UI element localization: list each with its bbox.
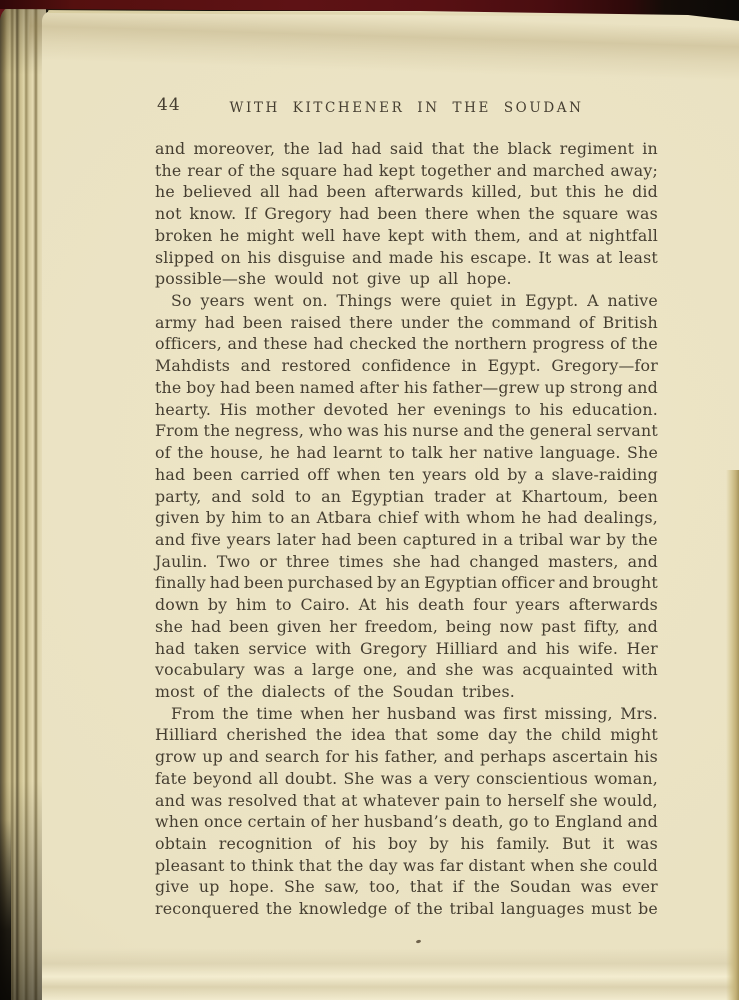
text-line: finallyhadbeenpurchasedbyanEgyptianoffic… bbox=[155, 573, 658, 595]
text-line: hadtakenservicewithGregoryHilliardandhis… bbox=[155, 639, 658, 661]
shadow-left-edge bbox=[0, 820, 11, 1000]
running-title: WITH KITCHENER IN THE SOUDAN bbox=[155, 96, 658, 116]
text-line: theboyhadbeennamedafterhisfather—grewups… bbox=[155, 378, 658, 400]
page-right-edge bbox=[726, 470, 739, 1000]
text-line: brokenhemightwellhavekeptwiththem,andatn… bbox=[155, 226, 658, 248]
text-line: Hilliardcherishedtheideathatsomedaythech… bbox=[155, 725, 658, 747]
text-line: Fromthetimewhenherhusbandwasfirstmissing… bbox=[155, 704, 658, 726]
text-line: whenoncecertainofherhusband’sdeath,gotoE… bbox=[155, 812, 658, 834]
text-line: hearty.Hismotherdevotedhereveningstohise… bbox=[155, 400, 658, 422]
text-line: giveuphope.Shesaw,too,thatiftheSoudanwas… bbox=[155, 877, 658, 899]
text-line: pleasanttothinkthatthedaywasfardistantwh… bbox=[155, 856, 658, 878]
text-line: possible—she would not give up all hope. bbox=[155, 269, 658, 291]
scanned-book-photo: 44 WITH KITCHENER IN THE SOUDAN andmoreo… bbox=[0, 0, 739, 1000]
text-line: armyhadbeenraisedthereunderthecommandofB… bbox=[155, 313, 658, 335]
text-line: Fromthenegress,whowashisnurseandthegener… bbox=[155, 421, 658, 443]
text-line: hadbeencarriedoffwhentenyearsoldbyaslave… bbox=[155, 465, 658, 487]
text-line: vocabularywasalargeone,andshewasacquaint… bbox=[155, 660, 658, 682]
page-number: 44 bbox=[157, 95, 181, 115]
text-line: downbyhimtoCairo.Athisdeathfouryearsafte… bbox=[155, 595, 658, 617]
text-line: Jaulin.Twoorthreetimesshehadchangedmaste… bbox=[155, 552, 658, 574]
text-line: ofthehouse,hehadlearnttotalkhernativelan… bbox=[155, 443, 658, 465]
text-line: hebelievedallhadbeenafterwardskilled,but… bbox=[155, 182, 658, 204]
text-line: notknow.IfGregoryhadbeentherewhenthesqua… bbox=[155, 204, 658, 226]
text-line: shehadbeengivenherfreedom,beingnowpastfi… bbox=[155, 617, 658, 639]
text-line: party,andsoldtoanEgyptiantraderatKhartou… bbox=[155, 487, 658, 509]
text-line: officers,andthesehadcheckedthenorthernpr… bbox=[155, 334, 658, 356]
text-line: slippedonhisdisguiseandmadehisescape.Itw… bbox=[155, 248, 658, 270]
text-line: reconqueredtheknowledgeofthetriballangua… bbox=[155, 899, 658, 921]
text-line: andfiveyearslaterhadbeencapturedinatriba… bbox=[155, 530, 658, 552]
text-line: therearofthesquarehadkepttogetherandmarc… bbox=[155, 161, 658, 183]
page-content: 44 WITH KITCHENER IN THE SOUDAN andmoreo… bbox=[155, 96, 658, 921]
text-line: givenbyhimtoanAtbarachiefwithwhomhehadde… bbox=[155, 508, 658, 530]
page-header: 44 WITH KITCHENER IN THE SOUDAN bbox=[155, 96, 658, 118]
text-line: andmoreover,theladhadsaidthattheblackreg… bbox=[155, 139, 658, 161]
page-body: andmoreover,theladhadsaidthattheblackreg… bbox=[155, 139, 658, 921]
text-line: obtainrecognitionofhisboybyhisfamily.But… bbox=[155, 834, 658, 856]
text-line: MahdistsandrestoredconfidenceinEgypt.Gre… bbox=[155, 356, 658, 378]
text-line: andwasresolvedthatatwhateverpaintohersel… bbox=[155, 791, 658, 813]
text-line: growupandsearchforhisfather,andperhapsas… bbox=[155, 747, 658, 769]
text-line: Soyearswenton.ThingswerequietinEgypt.Ana… bbox=[155, 291, 658, 313]
text-line: most of the dialects of the Soudan tribe… bbox=[155, 682, 658, 704]
text-line: fatebeyondalldoubt.Shewasaveryconscienti… bbox=[155, 769, 658, 791]
